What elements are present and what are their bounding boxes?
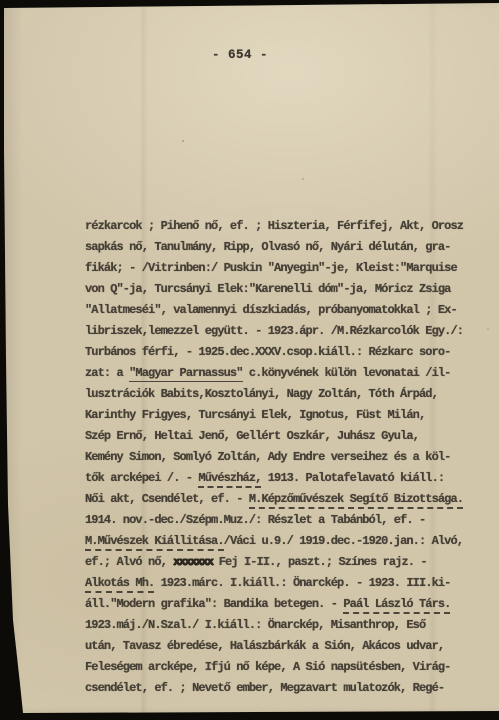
text-segment: Feleségem arcképe, Ifjú nő képe, A Sió n… (85, 660, 450, 674)
document-line: Alkotás Mh. 1923.márc. I.kiáll.: Önarcké… (85, 573, 477, 594)
text-segment: Női akt, Csendélet, ef. - (85, 492, 249, 506)
text-segment: után, Tavasz ébredése, Halászbárkák a Si… (85, 639, 444, 653)
text-segment: sapkás nő, Tanulmány, Ripp, Olvasó nő, N… (85, 240, 450, 254)
text-segment: Fej I-II., paszt.; Színes rajz. - (212, 555, 426, 569)
document-line: Turbános férfi, - 1925.dec.XXXV.csop.kiá… (85, 342, 477, 363)
text-segment: Kemény Simon, Somlyó Zoltán, Ady Endre v… (85, 450, 450, 464)
text-segment: 1913. Palotafelavató kiáll.: (261, 471, 444, 485)
text-segment: Karinthy Frigyes, Turcsányi Elek, Ignotu… (85, 408, 425, 422)
document-line: von Q"-ja, Turcsányi Elek:"Karenelli dóm… (85, 279, 477, 300)
text-segment: libriszek,lemezzel együtt. - 1923.ápr. /… (85, 324, 463, 338)
document-line: Feleségem arcképe, Ifjú nő képe, A Sió n… (85, 657, 477, 678)
text-segment: tők arcképei /. - (85, 471, 198, 485)
text-segment: /Váci u.9./ 1919.dec.-1920.jan.: Alvó, (224, 534, 463, 548)
text-segment: csendélet, ef. ; Nevető ember, Megzavart… (85, 681, 444, 695)
paper-texture (182, 140, 184, 142)
text-segment: 1914. nov.-dec./Szépm.Muz./: Részlet a T… (85, 513, 425, 527)
text-segment: 1923.márc. I.kiáll.: Önarckép. - 1923. I… (154, 576, 450, 590)
document-line: 1923.máj./N.Szal./ I.kiáll.: Önarckép, M… (85, 615, 477, 636)
document-line: Karinthy Frigyes, Turcsányi Elek, Ignotu… (85, 405, 477, 426)
text-segment: "Allatmeséi", valamennyi díszkiadás, pró… (85, 303, 457, 317)
document-line: zat: a "Magyar Parnassus" c.könyvének kü… (85, 363, 477, 384)
page-number: - 654 - (212, 48, 268, 62)
document-line: libriszek,lemezzel együtt. - 1923.ápr. /… (85, 321, 477, 342)
document-line: Kemény Simon, Somlyó Zoltán, Ady Endre v… (85, 447, 477, 468)
document-line: "Allatmeséi", valamennyi díszkiadás, pró… (85, 300, 477, 321)
text-segment: Turbános férfi, - 1925.dec.XXXV.csop.kiá… (85, 345, 450, 359)
text-segment: fikák; - /Vitrinben:/ Puskin "Anyegin"-j… (85, 261, 457, 275)
document-line: áll."Modern grafika": Bandika betegen. -… (85, 594, 477, 615)
document-line: rézkarcok ; Pihenő nő, ef. ; Hiszteria, … (85, 216, 477, 237)
underlined-text: Művészház, (198, 471, 261, 488)
underlined-text: "Magyar Parnassus" (129, 366, 242, 382)
document-line: lusztrációk Babits,Kosztolányi, Nagy Zol… (85, 384, 477, 405)
underlined-text: Paál László Társ. (343, 597, 450, 614)
document-line: ef.; Alvó nő, xxxxxxx Fej I-II., paszt.;… (85, 552, 477, 573)
document-line: 1914. nov.-dec./Szépm.Muz./: Részlet a T… (85, 510, 477, 531)
document-line: sapkás nő, Tanulmány, Ripp, Olvasó nő, N… (85, 237, 477, 258)
document-line: után, Tavasz ébredése, Halászbárkák a Si… (85, 636, 477, 657)
document-line: Szép Ernő, Heltai Jenő, Gellért Oszkár, … (85, 426, 477, 447)
text-segment: zat: a (85, 366, 129, 380)
document-lines: rézkarcok ; Pihenő nő, ef. ; Hiszteria, … (85, 216, 477, 699)
underlined-text: M.Képzőművészek Segítő Bizottsága. (249, 492, 463, 509)
text-segment: von Q"-ja, Turcsányi Elek:"Karenelli dóm… (85, 282, 450, 296)
underlined-text: Alkotás Mh. (85, 576, 154, 593)
scanned-page: - 654 - rézkarcok ; Pihenő nő, ef. ; His… (0, 0, 499, 720)
text-segment: lusztrációk Babits,Kosztolányi, Nagy Zol… (85, 387, 438, 401)
document-line: tők arcképei /. - Művészház, 1913. Palot… (85, 468, 477, 489)
text-segment: c.könyvének külön levonatai /il- (243, 366, 451, 380)
document-line: M.Művészek Kiállitása./Váci u.9./ 1919.d… (85, 531, 477, 552)
text-segment: 1923.máj./N.Szal./ I.kiáll.: Önarckép, M… (85, 618, 425, 632)
document-line: csendélet, ef. ; Nevető ember, Megzavart… (85, 678, 477, 699)
text-segment: ef.; Alvó nő, (85, 555, 173, 569)
text-segment: rézkarcok ; Pihenő nő, ef. ; Hiszteria, … (85, 219, 463, 233)
text-segment: áll."Modern grafika": Bandika betegen. - (85, 597, 343, 611)
document-line: Női akt, Csendélet, ef. - M.Képzőművésze… (85, 489, 477, 510)
text-segment: Szép Ernő, Heltai Jenő, Gellért Oszkár, … (85, 429, 419, 443)
document-line: fikák; - /Vitrinben:/ Puskin "Anyegin"-j… (85, 258, 477, 279)
strikeout-text: xxxxxxx (173, 555, 212, 569)
underlined-text: M.Művészek Kiállitása. (85, 534, 224, 551)
